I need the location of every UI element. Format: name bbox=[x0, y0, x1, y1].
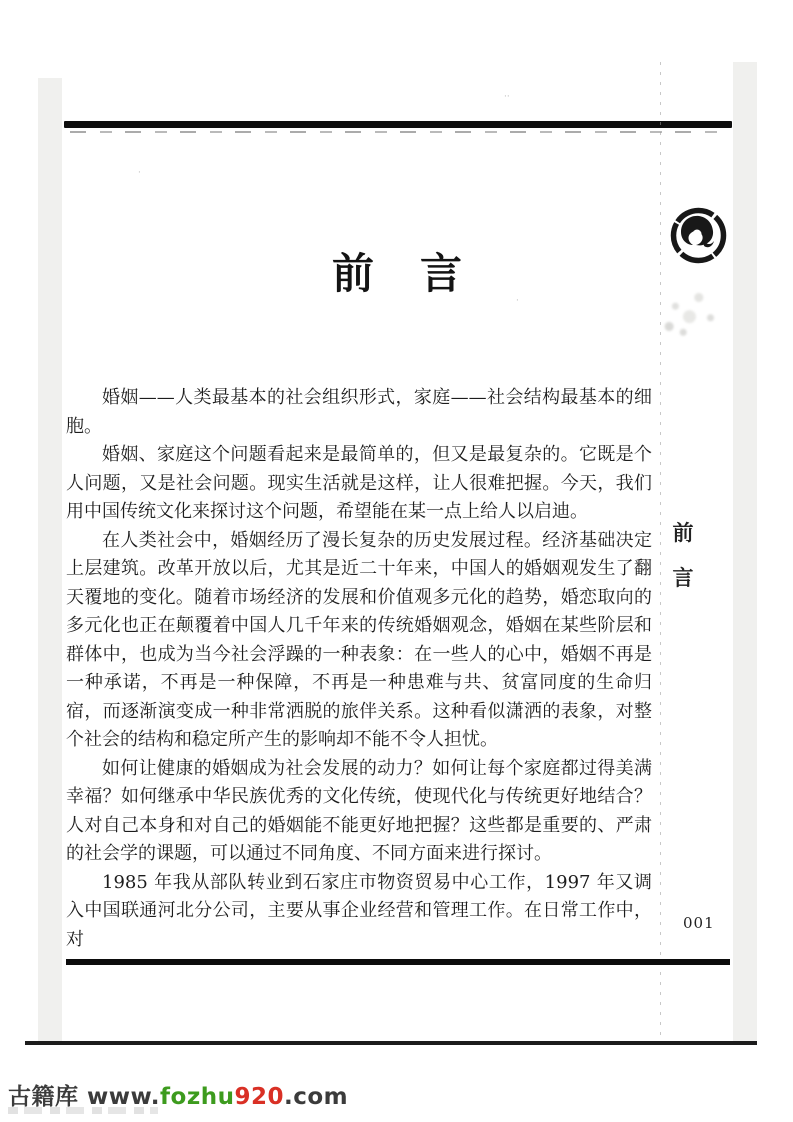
scanned-book-page: { "page": { "title": "前 言", "margin_labe… bbox=[0, 0, 793, 1122]
paragraph: 1985 年我从部队转业到石家庄市物资贸易中心工作，1997 年又调入中国联通河… bbox=[66, 869, 652, 955]
scan-speck: · bbox=[516, 296, 519, 306]
preface-body: 婚姻——人类最基本的社会组织形式，家庭——社会结构最基本的细胞。 婚姻、家庭这个… bbox=[66, 384, 652, 954]
page-left-edge-shadow bbox=[38, 78, 62, 1041]
page-bottom-edge-rule bbox=[25, 1041, 757, 1045]
watermark-url-green: fozhu bbox=[160, 1084, 234, 1110]
margin-char: 言 bbox=[671, 562, 695, 592]
bottom-border-rule bbox=[66, 959, 730, 965]
paragraph: 如何让健康的婚姻成为社会发展的动力？如何让每个家庭都过得美满幸福？如何继承中华民… bbox=[66, 755, 652, 869]
paragraph: 婚姻——人类最基本的社会组织形式，家庭——社会结构最基本的细胞。 bbox=[66, 384, 652, 441]
paragraph: 在人类社会中，婚姻经历了漫长复杂的历史发展过程。经济基础决定上层建筑。改革开放以… bbox=[66, 527, 652, 755]
margin-running-head: 前 言 bbox=[671, 517, 695, 607]
page-title: 前 言 bbox=[64, 241, 732, 301]
watermark-url-red: 920 bbox=[234, 1084, 284, 1110]
top-rule-scan-fragments bbox=[70, 131, 720, 133]
page-number: 001 bbox=[683, 914, 715, 932]
watermark-ghost-row bbox=[8, 1107, 158, 1114]
margin-fold-dotted-line bbox=[660, 62, 661, 1042]
margin-char: 前 bbox=[671, 517, 695, 547]
scan-speck: ·· bbox=[504, 92, 510, 102]
top-border-rule bbox=[64, 121, 732, 128]
circular-dragon-seal-icon bbox=[670, 207, 727, 264]
page-right-edge-shadow bbox=[733, 62, 757, 1043]
paragraph: 婚姻、家庭这个问题看起来是最简单的，但又是最复杂的。它既是个人问题，又是社会问题… bbox=[66, 441, 652, 527]
scan-smudge bbox=[652, 283, 730, 341]
scan-speck: · bbox=[138, 168, 141, 178]
watermark-url-suffix: .com bbox=[284, 1084, 348, 1110]
